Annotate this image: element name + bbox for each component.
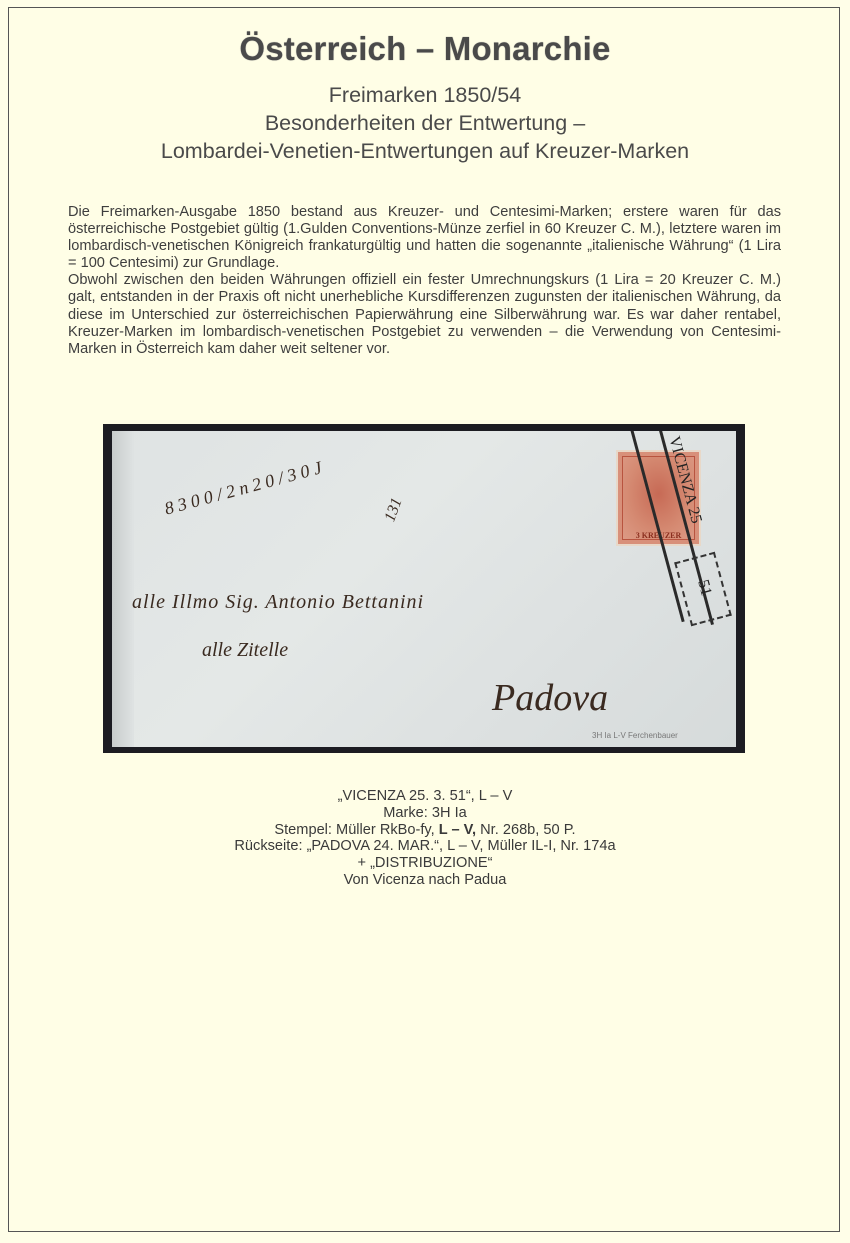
caption-cancel-bold: L – V, [439, 822, 476, 838]
cover-fold [112, 431, 134, 747]
postal-cover: 8 3 0 0 / 2 n 2 0 / 3 0 J 131 3 KREUZER … [112, 431, 736, 747]
caption-cancel-type: Stempel: Müller RkBo-fy, L – V, Nr. 268b… [0, 822, 850, 839]
subtitle-detail: Lombardei-Venetien-Entwertungen auf Kreu… [0, 139, 850, 164]
address-city: Padova [492, 676, 608, 720]
intro-paragraph-1: Die Freimarken-Ausgabe 1850 bestand aus … [68, 204, 781, 272]
subtitle-issue: Freimarken 1850/54 [0, 83, 850, 108]
caption-backside: Rückseite: „PADOVA 24. MAR.“, L – V, Mül… [0, 838, 850, 855]
caption-distribuzione: + „DISTRIBUZIONE“ [0, 855, 850, 872]
manuscript-notes-mid: 131 [381, 496, 406, 525]
subtitle-topic: Besonderheiten der Entwertung – [0, 111, 850, 136]
intro-text: Die Freimarken-Ausgabe 1850 bestand aus … [68, 204, 781, 358]
caption-postmark: „VICENZA 25. 3. 51“, L – V [0, 788, 850, 805]
caption-route: Von Vicenza nach Padua [0, 872, 850, 889]
cover-photo-frame: 8 3 0 0 / 2 n 2 0 / 3 0 J 131 3 KREUZER … [103, 424, 745, 753]
pencil-expert-note: 3H Ia L-V Ferchenbauer [592, 731, 678, 740]
caption-stamp: Marke: 3H Ia [0, 805, 850, 822]
page-title: Österreich – Monarchie [0, 30, 850, 68]
address-recipient: alle Illmo Sig. Antonio Bettanini [132, 591, 424, 614]
caption-cancel-suffix: Nr. 268b, 50 P. [476, 822, 576, 838]
cover-caption: „VICENZA 25. 3. 51“, L – V Marke: 3H Ia … [0, 788, 850, 889]
intro-paragraph-2: Obwohl zwischen den beiden Währungen off… [68, 272, 781, 357]
manuscript-notes-left: 8 3 0 0 / 2 n 2 0 / 3 0 J [162, 455, 325, 520]
address-street: alle Zitelle [202, 639, 288, 662]
caption-cancel-prefix: Stempel: Müller RkBo-fy, [274, 822, 438, 838]
